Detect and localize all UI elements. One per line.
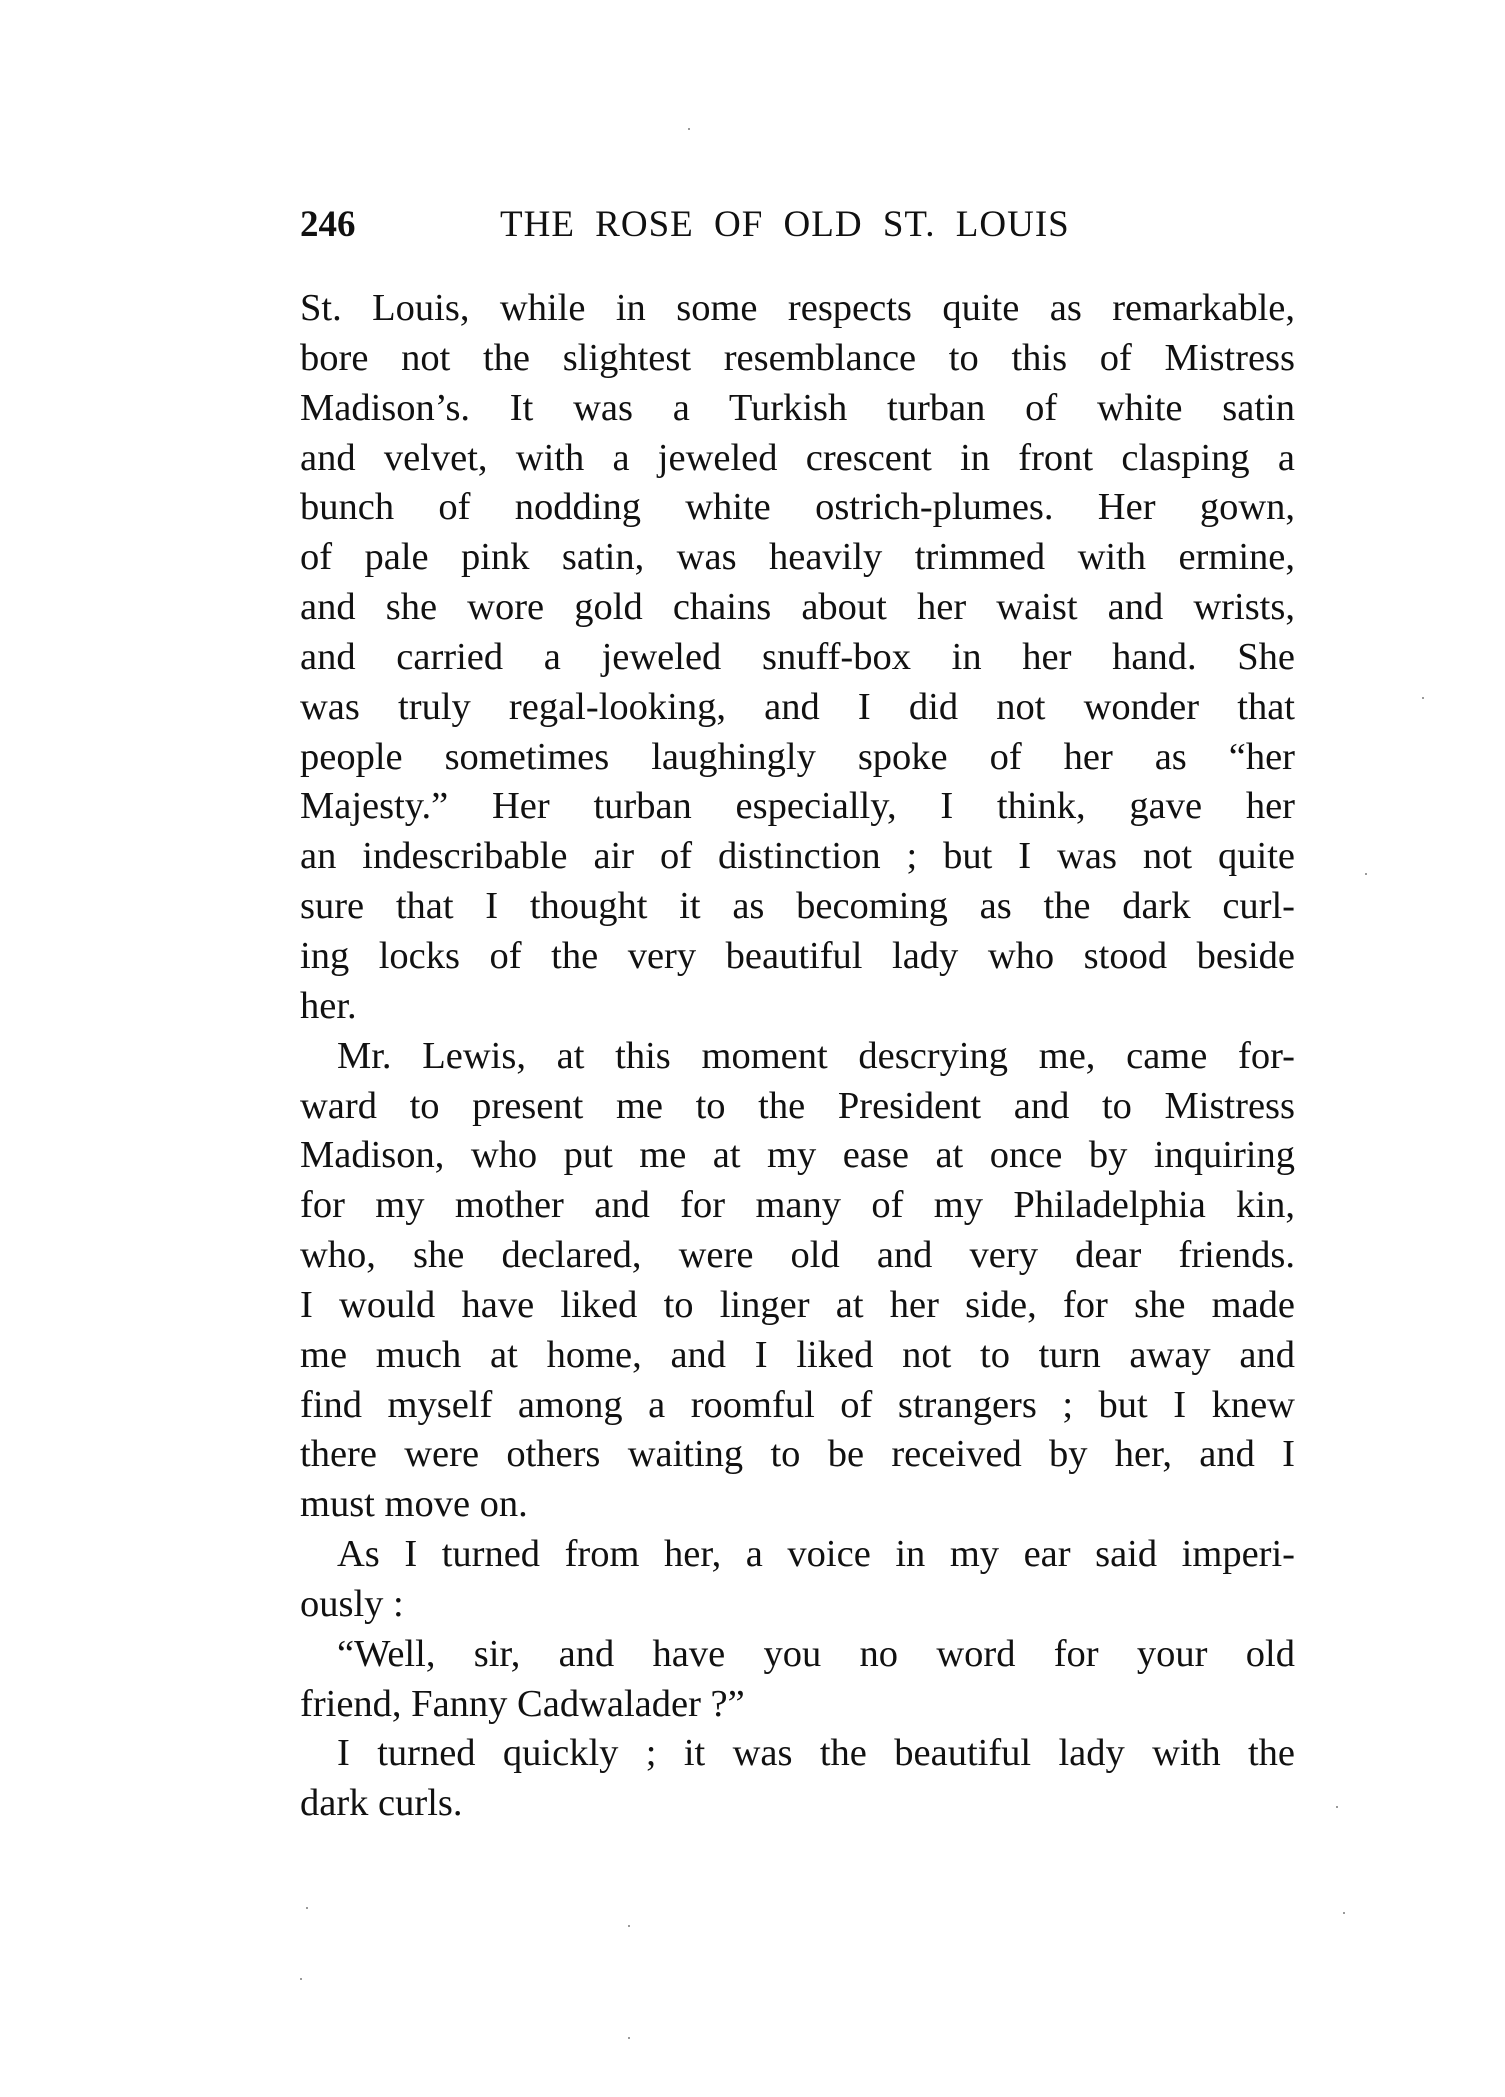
text-line: and she wore gold chains about her waist… bbox=[300, 583, 1295, 633]
text-line: Madison, who put me at my ease at once b… bbox=[300, 1131, 1295, 1181]
dialogue-paragraph: “Well, sir, and have you no word for you… bbox=[300, 1630, 1295, 1730]
paragraph: St. Louis, while in some respects quite … bbox=[300, 284, 1295, 1032]
text-line: bore not the slightest resemblance to th… bbox=[300, 334, 1295, 384]
scan-speck bbox=[628, 1925, 630, 1927]
text-line: people sometimes laughingly spoke of her… bbox=[300, 733, 1295, 783]
text-line: me much at home, and I liked not to turn… bbox=[300, 1331, 1295, 1381]
scan-speck bbox=[1422, 697, 1424, 699]
text-line: Mr. Lewis, at this moment descrying me, … bbox=[300, 1032, 1295, 1082]
text-line: I turned quickly ; it was the beautiful … bbox=[300, 1729, 1295, 1779]
scan-speck bbox=[628, 2037, 630, 2039]
text-line: ously : bbox=[300, 1580, 1295, 1630]
text-line: there were others waiting to be received… bbox=[300, 1430, 1295, 1480]
body-text: St. Louis, while in some respects quite … bbox=[300, 284, 1295, 1829]
paragraph: Mr. Lewis, at this moment descrying me, … bbox=[300, 1032, 1295, 1530]
text-line: Majesty.” Her turban especially, I think… bbox=[300, 782, 1295, 832]
text-line: I would have liked to linger at her side… bbox=[300, 1281, 1295, 1331]
running-head: 246 THE ROSE OF OLD ST. LOUIS bbox=[300, 203, 1295, 247]
scan-speck bbox=[306, 1907, 308, 1909]
text-line: her. bbox=[300, 982, 1295, 1032]
text-line: dark curls. bbox=[300, 1779, 1295, 1829]
text-line: and carried a jeweled snuff-box in her h… bbox=[300, 633, 1295, 683]
text-line: sure that I thought it as becoming as th… bbox=[300, 882, 1295, 932]
text-line: and velvet, with a jeweled crescent in f… bbox=[300, 434, 1295, 484]
text-line: friend, Fanny Cadwalader ?” bbox=[300, 1680, 1295, 1730]
scan-speck bbox=[1365, 873, 1367, 875]
text-line: an indescribable air of distinction ; bu… bbox=[300, 832, 1295, 882]
text-line: ward to present me to the President and … bbox=[300, 1082, 1295, 1132]
text-line: must move on. bbox=[300, 1480, 1295, 1530]
text-line: find myself among a roomful of strangers… bbox=[300, 1381, 1295, 1431]
text-line: As I turned from her, a voice in my ear … bbox=[300, 1530, 1295, 1580]
text-line: St. Louis, while in some respects quite … bbox=[300, 284, 1295, 334]
page-number: 246 bbox=[300, 203, 356, 247]
book-page: 246 THE ROSE OF OLD ST. LOUIS St. Louis,… bbox=[0, 0, 1505, 2097]
text-line: bunch of nodding white ostrich-plumes. H… bbox=[300, 483, 1295, 533]
text-line: ing locks of the very beautiful lady who… bbox=[300, 932, 1295, 982]
paragraph: As I turned from her, a voice in my ear … bbox=[300, 1530, 1295, 1630]
scan-speck bbox=[300, 1978, 302, 1980]
text-line: of pale pink satin, was heavily trimmed … bbox=[300, 533, 1295, 583]
text-line: Madison’s. It was a Turkish turban of wh… bbox=[300, 384, 1295, 434]
text-line: for my mother and for many of my Philade… bbox=[300, 1181, 1295, 1231]
text-line: “Well, sir, and have you no word for you… bbox=[300, 1630, 1295, 1680]
scan-speck bbox=[688, 128, 690, 130]
scan-speck bbox=[1343, 1912, 1345, 1914]
paragraph: I turned quickly ; it was the beautiful … bbox=[300, 1729, 1295, 1829]
book-title: THE ROSE OF OLD ST. LOUIS bbox=[500, 203, 1070, 247]
text-line: who, she declared, were old and very dea… bbox=[300, 1231, 1295, 1281]
text-line: was truly regal-looking, and I did not w… bbox=[300, 683, 1295, 733]
scan-speck bbox=[1336, 1806, 1338, 1808]
